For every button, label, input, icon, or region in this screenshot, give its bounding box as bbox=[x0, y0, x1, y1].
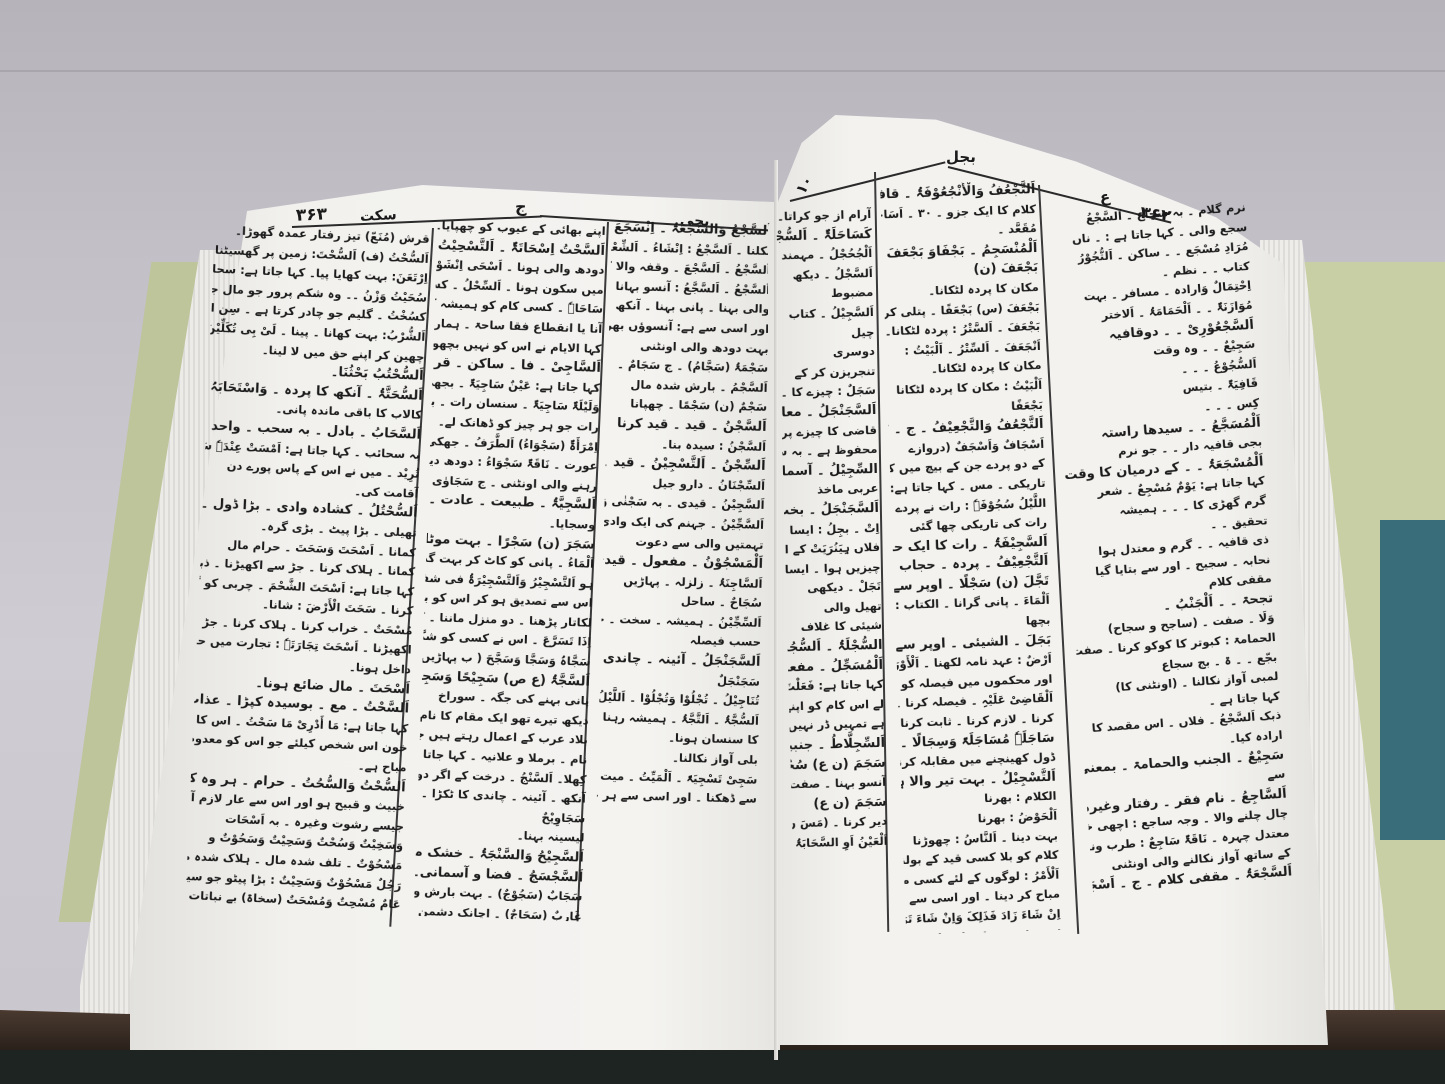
wall-seam bbox=[0, 70, 1445, 72]
entry-headword: اَلسَّجْنُ ۔ قید ۔ قید کرنا bbox=[606, 414, 766, 438]
text-line: اَلسَّجْلُ ۔ دیکھ bbox=[778, 264, 873, 286]
text-line: مضبوط bbox=[778, 283, 873, 305]
text-line: اِتْ ۔ بجِلُ : ایسا bbox=[784, 518, 879, 540]
text-line: چیزیں ہوا ۔ ایسا bbox=[785, 558, 880, 580]
text-line: تنجریزن کر کے bbox=[780, 362, 875, 384]
text-line: آرام از جو کراتا۔ bbox=[776, 205, 871, 227]
left-page-column-1: قرش (مُنَعّ) تیز رفتار عمدہ گھوڑا۔ اَلسُ… bbox=[185, 221, 430, 920]
text-line: لے اس کام کو اپنے لئے bbox=[789, 695, 884, 717]
book-cover-accent bbox=[1380, 520, 1445, 840]
entry-headword: کَسَاحَلَۃٌ ۔ اَلسُّجْلُ bbox=[777, 225, 872, 247]
left-page-column-3: اَلسَّجْعُ وَالسَّجْعَۃُ ۔ اِنْسَجَعَ ۔ … bbox=[594, 218, 772, 922]
right-page-column-2: اَلتَّجْعُفُ وَالْأَنْجُعُوْفَۃُ ۔ قافیہ… bbox=[880, 180, 1061, 935]
text-line: کہا جاتا ہے: فَعَلْتَ ذٰلِکَ bbox=[788, 675, 883, 697]
text-line: فلاں ہِیَنُرَیَتْ کے ایک bbox=[785, 538, 880, 560]
entry-headword: سَجَمَ (ن ع) bbox=[791, 793, 886, 815]
text-line: سَجَلٌ : چیزے کا ۔ تپش bbox=[781, 381, 876, 403]
left-page-column-2: اپنے بھائی کے عیوب کو چھپایا۔ اَلسَّحْتُ… bbox=[414, 216, 606, 921]
text-line: دیر کرنا ۔ (مَسَ ن) bbox=[792, 812, 887, 834]
text-line: چیل bbox=[779, 323, 874, 345]
text-line: اَلْعَیْنُ اَوِ السَّحَابَۃُ الْمَاءَ ۔ … bbox=[792, 832, 887, 854]
text-line: شیئی کا غلاف bbox=[787, 616, 882, 638]
right-page-column-1: آرام از جو کراتا۔ کَسَاحَلَۃٌ ۔ اَلسُّجْ… bbox=[776, 205, 890, 937]
entry-headword: سَجَمَ (ن ع) سُجُوْمًا وَسِجَامًا bbox=[790, 753, 885, 775]
right-running-head-center: بجل bbox=[946, 148, 976, 166]
entry-headword: اَلْمُسَجِّلُ ۔ مفعو bbox=[788, 656, 883, 678]
entry-headword: اَلسِّجِلَّاطُ ۔ جنبیل bbox=[790, 734, 885, 756]
text-line: اَلْجُحُجْلُ ۔ مہمند bbox=[777, 244, 872, 266]
text-line: اَلسَّجِیْلُ ۔ کتاب bbox=[779, 303, 874, 325]
entry-headword: اَلسَّجَنْجَلُ ۔ آئینہ ۔ چاندی کا ٹکڑا ۔… bbox=[600, 649, 760, 673]
left-running-head-center: ج bbox=[515, 197, 527, 216]
text-line: عربی ماخذ bbox=[783, 479, 878, 501]
entry-headword: اَلسَّجَنْجَلُ ۔ معاملات کا چیز bbox=[781, 401, 876, 423]
entry-headword: السِّجِیْلُ ۔ آسمان سے bbox=[783, 460, 878, 482]
text-line: اَلسَّجِّیْنُ ۔ جہنم کی ایک وادی کا نام bbox=[604, 512, 764, 536]
entry-headword: اَلسِّجْنُ ۔ اَلتَّسْجِیْنُ ۔ قید ۔ جیل … bbox=[605, 453, 765, 477]
text-line: آنسو بہنا ۔ صفت (ساجم) bbox=[791, 773, 886, 795]
text-line: تھیل والی bbox=[786, 597, 881, 619]
text-line: دوسری bbox=[780, 342, 875, 364]
text-line: ہے تمہیں ڈر نہیں تھا bbox=[789, 714, 884, 736]
text-line: تَجَلْ ۔ دیکھی bbox=[786, 577, 881, 599]
text-line: سے ڈھکنا ۔ اور اسی سے ہر چیز کا ڈھکنا bbox=[597, 786, 757, 810]
left-page-number: ۳۶۳ bbox=[295, 204, 327, 226]
entry-headword: اَلسَّجَنْجَلُ ۔ بخت اور bbox=[784, 499, 879, 521]
text-line: قاضی کا چیزے پر ۔ فرنام bbox=[782, 420, 877, 442]
text-line: محفوظ ہے ۔ بہ سجلات bbox=[782, 440, 877, 462]
entry-headword: السُّجْلَۃُ ۔ اَلسُّجُلُ ۔ اَلسَّاجِلُ bbox=[787, 636, 882, 658]
table-surface bbox=[0, 1050, 1445, 1084]
